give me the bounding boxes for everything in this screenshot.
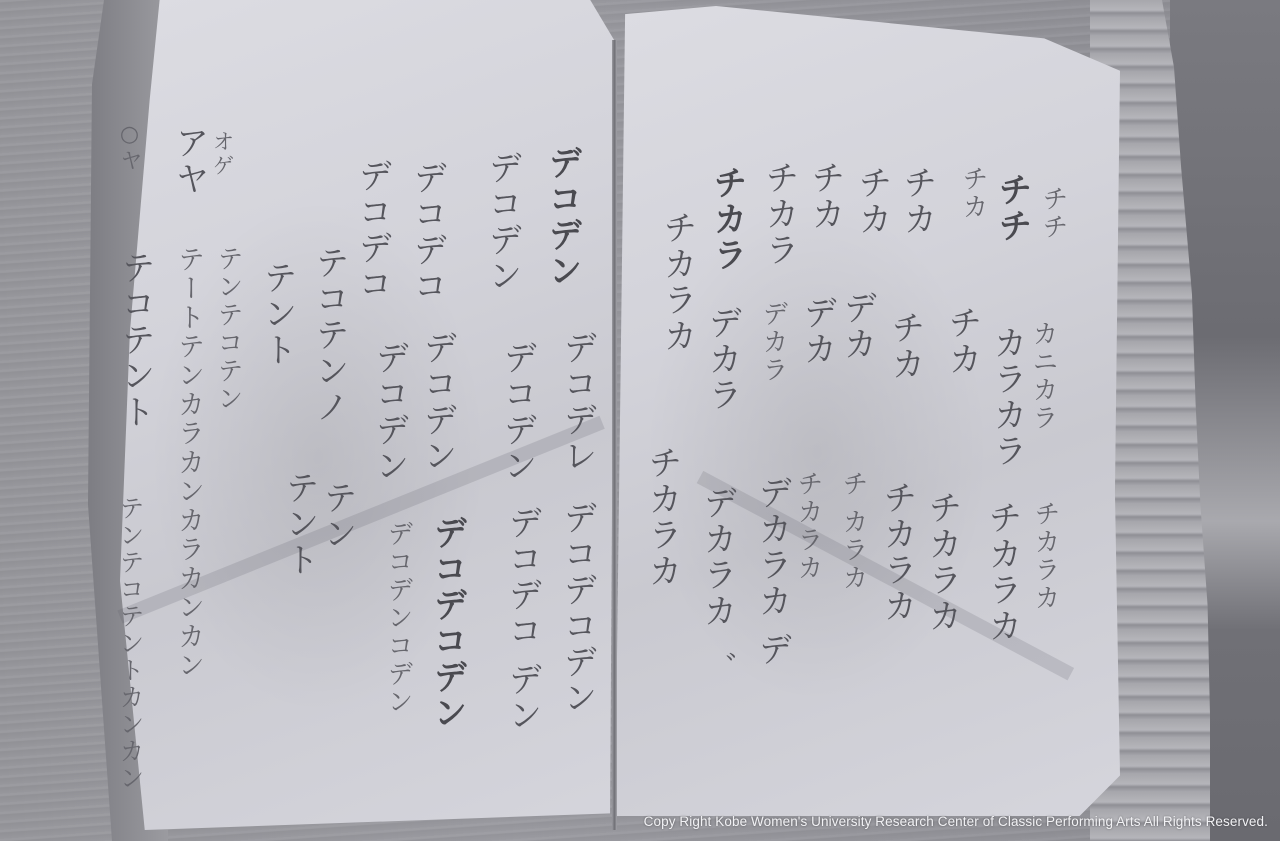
right-col-7-top: チカラ — [762, 160, 796, 268]
right-col-1-top: チチ — [1040, 185, 1066, 241]
right-col-7-middle: デカラ — [760, 300, 786, 384]
right-col-2-top: チチ — [995, 172, 1029, 244]
left-col-8-top: テートテンカラカンカラカンカン — [175, 245, 202, 680]
left-col-1-bottom: デコデコデン — [560, 500, 594, 716]
right-col-5-top: チカ — [855, 165, 889, 237]
right-col-5-bottom: チ カラカ — [840, 470, 866, 592]
right-col-2-middle: カラカラ — [990, 325, 1024, 469]
right-col-9-top: チカラカ — [660, 210, 694, 354]
left-col-4-bottom: デコデンコデン — [385, 520, 411, 716]
left-col-7-top: テンテコテン — [215, 245, 241, 413]
left-col-2-bottom: デコデコ デン — [505, 505, 539, 734]
right-col-1-bottom: チカラカ — [1032, 500, 1058, 612]
left-col-4-middle: デコデン — [372, 340, 406, 484]
left-col-11-bottom: テンテコテントカンカン — [118, 495, 143, 792]
right-col-4-bottom: チカラカ — [880, 480, 914, 624]
left-col-1-top: デコデン — [545, 145, 579, 289]
right-col-5-middle: デカ — [840, 290, 874, 362]
left-col-3-top: デコデコ — [410, 160, 444, 304]
left-col-4-top: デコデコ — [355, 158, 389, 302]
left-col-3-middle: デコデン — [420, 330, 454, 474]
right-col-8-top: チカラ — [710, 165, 744, 273]
right-col-8-bottom: デカラカ゛ — [700, 485, 734, 665]
right-col-3-middle: チカ — [945, 305, 979, 377]
right-col-4-top: チカ — [900, 165, 934, 237]
left-col-9-top: オゲ — [210, 130, 232, 178]
left-col-3-bottom: デコデコデン — [430, 515, 464, 731]
right-col-3-top: チカ — [960, 165, 986, 221]
right-col-1-middle: カニカラ — [1030, 320, 1056, 432]
manuscript-photo: チチ カニカラ チカラカ チチ カラカラ チカラカ チカ チカ チカラカ チカ … — [0, 0, 1280, 841]
right-col-9-bottom: チカラカ — [645, 445, 679, 589]
right-col-6-top: チカ — [808, 160, 842, 232]
right-col-3-bottom: チカラカ — [925, 490, 959, 634]
left-col-5-bottom: テン — [320, 480, 354, 552]
right-col-2-bottom: チカラカ — [985, 500, 1019, 644]
left-col-11-top: テコテント — [118, 250, 152, 430]
left-col-2-middle: デコデン — [500, 340, 534, 484]
margin-mark: ○ヤ — [118, 122, 140, 173]
right-col-7-bottom: デカラカ デ — [755, 475, 789, 668]
right-col-8-middle: デカラ — [705, 305, 739, 413]
right-col-4-middle: チカ — [888, 310, 922, 382]
left-col-5-top: テコテンノ — [312, 245, 346, 425]
left-col-6-bottom: テント — [282, 470, 316, 578]
copyright-watermark: Copy Right Kobe Women's University Resea… — [644, 814, 1268, 829]
left-col-10-top: アヤ — [172, 125, 206, 197]
right-col-6-middle: デカ — [800, 295, 834, 367]
left-col-2-top: デコデン — [485, 150, 519, 294]
left-col-6-top: テント — [260, 260, 294, 368]
book-spine-fold — [612, 40, 617, 830]
left-col-1-middle: デコデレ — [560, 330, 594, 474]
right-col-6-bottom: チカラカ — [795, 470, 821, 582]
